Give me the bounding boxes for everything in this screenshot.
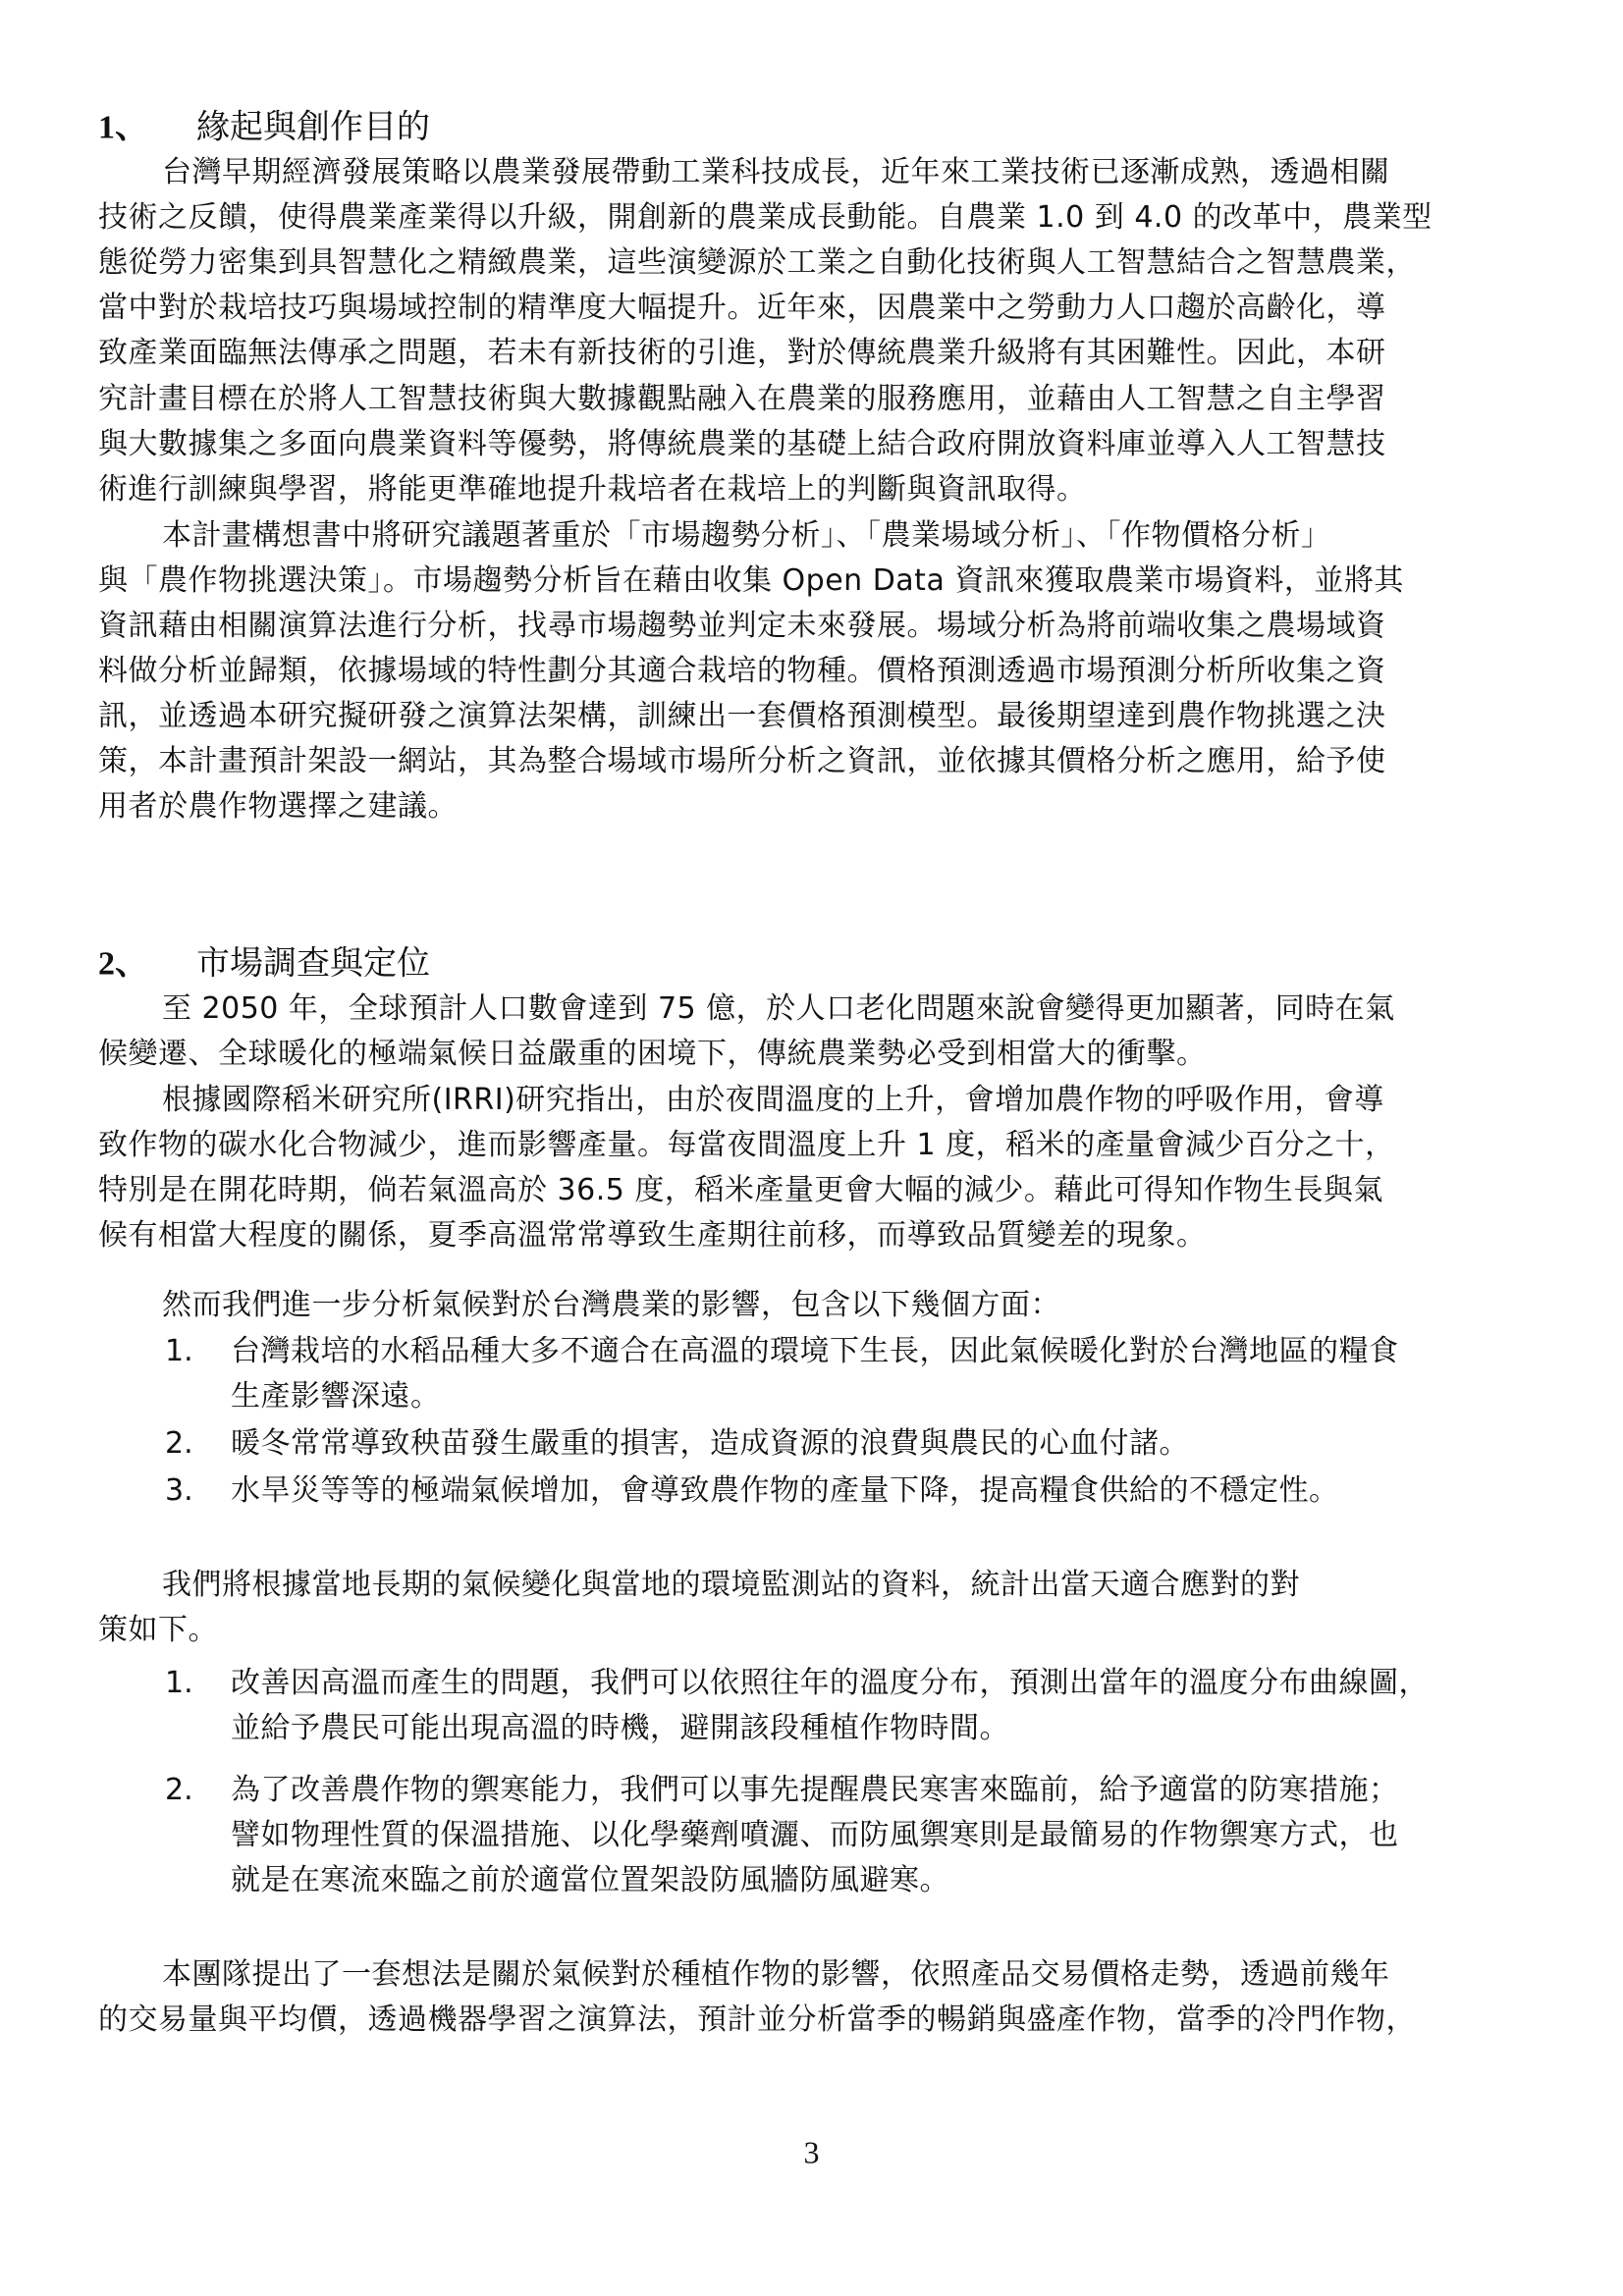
page-number: 3 — [0, 2135, 1623, 2171]
paragraph-line: 然而我們進一步分析氣候對於台灣農業的影響，包含以下幾個方面： — [162, 1286, 1060, 1325]
paragraph-line: 訊，並透過本研究擬研發之演算法架構，訓練出一套價格預測模型。最後期望達到農作物挑… — [98, 697, 1386, 736]
list-item-line: 水旱災等等的極端氣候增加，會導致農作物的產量下降，提高糧食供給的不穩定性。 — [231, 1471, 1339, 1511]
paragraph-line: 態從勞力密集到具智慧化之精緻農業，這些演變源於工業之自動化技術與人工智慧結合之智… — [98, 243, 1416, 283]
paragraph-line: 策如下。 — [98, 1611, 218, 1650]
paragraph-line: 候變遷、全球暖化的極端氣候日益嚴重的困境下，傳統農業勢必受到相當大的衝擊。 — [98, 1035, 1207, 1074]
section-number: 2、 — [98, 943, 196, 987]
list-number: 2. — [165, 1424, 193, 1464]
paragraph-line: 特別是在開花時期，倘若氣溫高於 36.5 度，稻米產量更會大幅的減少。藉此可得知… — [98, 1171, 1383, 1210]
paragraph-line: 資訊藉由相關演算法進行分析，找尋市場趨勢並判定未來發展。場域分析為將前端收集之農… — [98, 607, 1386, 646]
section-title: 市場調查與定位 — [196, 944, 430, 984]
paragraph-line: 致產業面臨無法傳承之問題，若未有新技術的引進，對於傳統農業升級將有其困難性。因此… — [98, 334, 1386, 373]
list-number: 2. — [165, 1771, 193, 1810]
section-1-heading: 1、緣起與創作目的 — [98, 106, 430, 150]
paragraph-line: 本團隊提出了一套想法是關於氣候對於種植作物的影響，依照產品交易價格走勢，透過前幾… — [162, 1955, 1390, 1995]
paragraph-line: 致作物的碳水化合物減少，進而影響產量。每當夜間溫度上升 1 度，稻米的產量會減少… — [98, 1126, 1395, 1165]
paragraph-line: 料做分析並歸類，依據場域的特性劃分其適合栽培的物種。價格預測透過市場預測分析所收… — [98, 652, 1386, 691]
paragraph-line: 究計畫目標在於將人工智慧技術與大數據觀點融入在農業的服務應用，並藉由人工智慧之自… — [98, 380, 1386, 419]
paragraph-line: 與大數據集之多面向農業資料等優勢，將傳統農業的基礎上結合政府開放資料庫並導入人工… — [98, 425, 1386, 464]
section-2-heading: 2、市場調查與定位 — [98, 942, 430, 987]
list-item-line: 就是在寒流來臨之前於適當位置架設防風牆防風避寒。 — [231, 1861, 949, 1900]
list-item-line: 為了改善農作物的禦寒能力，我們可以事先提醒農民寒害來臨前，給予適當的防寒措施； — [231, 1771, 1399, 1810]
section-number: 1、 — [98, 107, 196, 150]
list-item-line: 台灣栽培的水稻品種大多不適合在高溫的環境下生長，因此氣候暖化對於台灣地區的糧食 — [231, 1332, 1399, 1371]
document-page: 1、緣起與創作目的 台灣早期經濟發展策略以農業發展帶動工業科技成長，近年來工業技… — [0, 0, 1623, 2296]
paragraph-line: 本計畫構想書中將研究議題著重於「市場趨勢分析」、「農業場域分析」、「作物價格分析… — [162, 516, 1331, 556]
paragraph-line: 我們將根據當地長期的氣候變化與當地的環境監測站的資料，統計出當天適合應對的對 — [162, 1566, 1300, 1605]
list-item-line: 暖冬常常導致秧苗發生嚴重的損害，造成資源的浪費與農民的心血付諸。 — [231, 1424, 1189, 1464]
paragraph-line: 技術之反饋，使得農業產業得以升級，開創新的農業成長動能。自農業 1.0 到 4.… — [98, 198, 1433, 238]
paragraph-line: 與「農作物挑選決策」。市場趨勢分析旨在藉由收集 Open Data 資訊來獲取農… — [98, 561, 1404, 601]
paragraph-line: 策，本計畫預計架設一網站，其為整合場域市場所分析之資訊，並依據其價格分析之應用，… — [98, 742, 1386, 781]
paragraph-line: 台灣早期經濟發展策略以農業發展帶動工業科技成長，近年來工業技術已逐漸成熟，透過相… — [162, 153, 1390, 192]
list-item-line: 譬如物理性質的保溫措施、以化學藥劑噴灑、而防風禦寒則是最簡易的作物禦寒方式，也 — [231, 1816, 1399, 1855]
paragraph-line: 候有相當大程度的關係，夏季高溫常常導致生產期往前移，而導致品質變差的現象。 — [98, 1216, 1207, 1255]
paragraph-line: 用者於農作物選擇之建議。 — [98, 787, 458, 827]
paragraph-line: 當中對於栽培技巧與場域控制的精準度大幅提升。近年來，因農業中之勞動力人口趨於高齡… — [98, 289, 1386, 328]
list-item-line: 改善因高溫而產生的問題，我們可以依照往年的溫度分布，預測出當年的溫度分布曲線圖， — [231, 1664, 1429, 1703]
list-item-line: 生產影響深遠。 — [231, 1377, 441, 1416]
list-number: 3. — [165, 1471, 193, 1511]
list-number: 1. — [165, 1332, 193, 1371]
paragraph-line: 術進行訓練與學習，將能更準確地提升栽培者在栽培上的判斷與資訊取得。 — [98, 470, 1087, 509]
list-item-line: 並給予農民可能出現高溫的時機，避開該段種植作物時間。 — [231, 1709, 1009, 1748]
paragraph-line: 至 2050 年，全球預計人口數會達到 75 億，於人口老化問題來說會變得更加顯… — [162, 989, 1395, 1029]
paragraph-line: 根據國際稻米研究所(IRRI)研究指出，由於夜間溫度的上升，會增加農作物的呼吸作… — [162, 1081, 1384, 1120]
section-title: 緣起與創作目的 — [196, 108, 430, 147]
list-number: 1. — [165, 1664, 193, 1703]
paragraph-line: 的交易量與平均價，透過機器學習之演算法，預計並分析當季的暢銷與盛產作物，當季的冷… — [98, 2001, 1416, 2040]
